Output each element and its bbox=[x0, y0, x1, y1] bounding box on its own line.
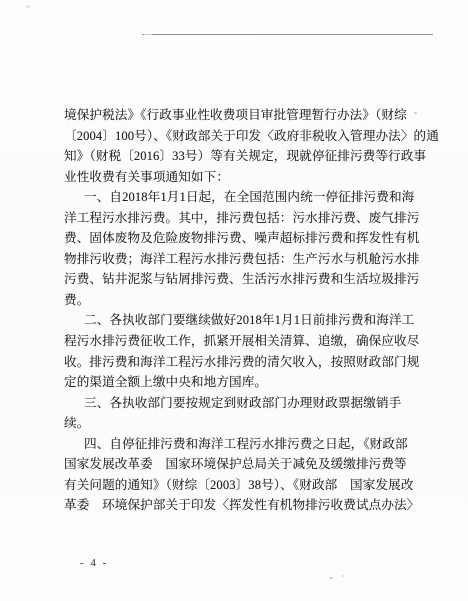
text-line: 国家发展改革委 国家环境保护总局关于减免及缓缴排污费等 bbox=[64, 454, 406, 475]
text-line: 境保护税法》《行政事业性收费项目审批管理暂行办法》（财综 bbox=[64, 105, 406, 126]
scan-speck bbox=[329, 577, 333, 579]
text-line: 二、各执收部门要继续做好2018年1月1日前排污费和海洋工 bbox=[64, 310, 406, 331]
scan-speck bbox=[414, 112, 417, 114]
scan-speck bbox=[26, 5, 30, 8]
text-line: 业性收费有关事项通知如下： bbox=[64, 167, 406, 188]
text-line: 有关问题的通知》（财综〔2003〕38号）、《财政部 国家发展改 bbox=[64, 475, 406, 496]
text-line: 定的渠道全额上缴中央和地方国库。 bbox=[64, 372, 406, 393]
text-line: 污费、钻井泥浆与钻屑排污费、生活污水排污费和生活垃圾排污 bbox=[64, 269, 406, 290]
document-lines: 境保护税法》《行政事业性收费项目审批管理暂行办法》（财综〔2004〕100号）、… bbox=[64, 105, 406, 516]
text-line: 程污水排污费征收工作，抓紧开展相关清算、追缴，确保应收尽 bbox=[64, 331, 406, 352]
text-line: 三、各执收部门要按规定到财政部门办理财政票据缴销手 bbox=[64, 393, 406, 414]
document-body: 境保护税法》《行政事业性收费项目审批管理暂行办法》（财综〔2004〕100号）、… bbox=[64, 105, 406, 516]
page-number: - 4 - bbox=[80, 557, 108, 569]
scan-speck bbox=[381, 268, 383, 270]
text-line: 费。 bbox=[64, 290, 406, 311]
text-line: 收。排污费和海洋工程污水排污费的清欠收入，按照财政部门规 bbox=[64, 352, 406, 373]
text-line: 一、自2018年1月1日起，在全国范围内统一停征排污费和海 bbox=[64, 187, 406, 208]
scan-artifact-rule bbox=[142, 34, 433, 35]
text-line: 洋工程污水排污费。其中，排污费包括：污水排污费、废气排污 bbox=[64, 208, 406, 229]
text-line: 知》（财税〔2016〕33号）等有关规定，现就停征排污费等行政事 bbox=[64, 146, 406, 167]
scan-speck bbox=[342, 575, 344, 577]
text-line: 费、固体废物及危险废物排污费、噪声超标排污费和挥发性有机 bbox=[64, 228, 406, 249]
text-line: 〔2004〕100号）、《财政部关于印发〈政府非税收入管理办法〉的通 bbox=[64, 126, 406, 147]
text-line: 革委 环境保护部关于印发〈挥发性有机物排污收费试点办法〉 bbox=[64, 495, 406, 516]
text-line: 物排污收费；海洋工程污水排污费包括：生产污水与机舱污水排 bbox=[64, 249, 406, 270]
text-line: 四、自停征排污费和海洋工程污水排污费之日起，《财政部 bbox=[64, 434, 406, 455]
text-line: 续。 bbox=[64, 413, 406, 434]
scanned-page: 境保护税法》《行政事业性收费项目审批管理暂行办法》（财综〔2004〕100号）、… bbox=[0, 0, 468, 601]
